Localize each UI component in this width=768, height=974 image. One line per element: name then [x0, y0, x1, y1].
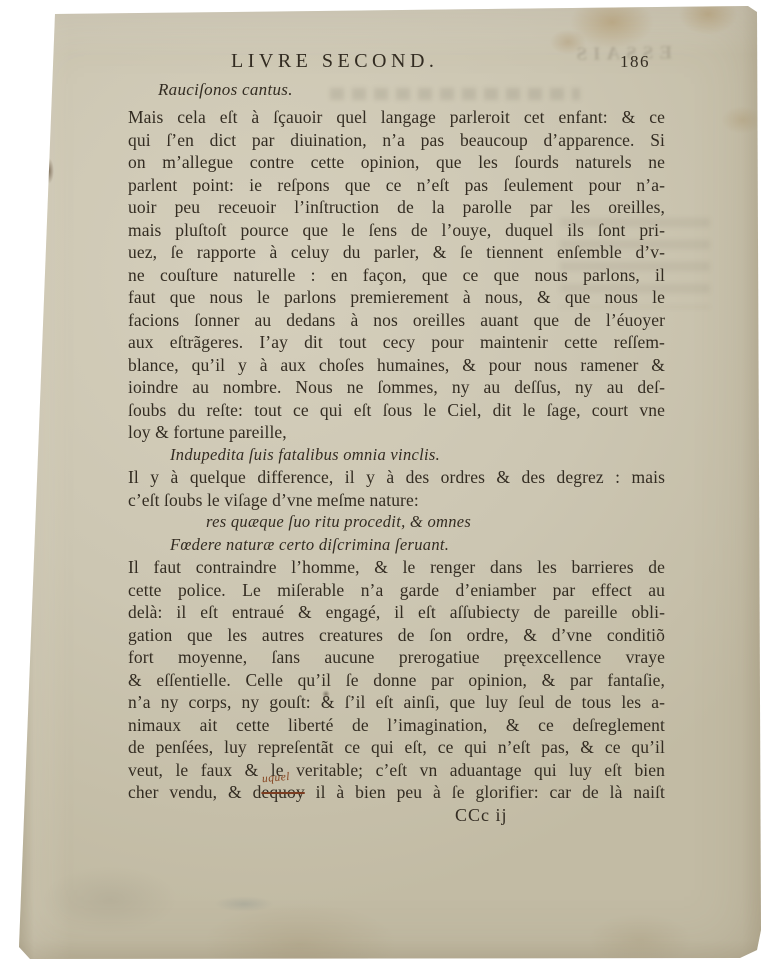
- text-line: nimaux ait cette liberté de l’imaginatio…: [128, 714, 665, 737]
- text-line: on m’allegue contre cette opinion, que l…: [128, 151, 665, 174]
- text-line: Il faut contraindre l’homme, & le renger…: [128, 556, 665, 579]
- text-line: cette police. Le miſerable n’a garde d’e…: [128, 579, 665, 602]
- latin-quote-line: Fœdere naturæ certo diſcrimina ſeruant.: [128, 534, 665, 557]
- text-line: n’a ny corps, ny gouſt: & ſ’il eſt ainſi…: [128, 691, 665, 714]
- text-line: loy & fortune pareille,: [128, 421, 665, 444]
- text-line: uoir peu receuoir l’inſtruction de la pa…: [128, 196, 665, 219]
- handwritten-correction: uquel: [262, 772, 291, 785]
- text-line: c’eſt ſoubs le viſage d’vne meſme nature…: [128, 489, 665, 512]
- running-title: LIVRE SECOND.: [231, 50, 438, 73]
- text-line: parlent point: ie reſpons que ce n’eſt p…: [128, 174, 665, 197]
- text-flow: Mais cela eſt à ſçauoir quel langage par…: [128, 106, 665, 827]
- page-number: 186: [620, 52, 650, 72]
- text-line: delà: il eſt entraué & engagé, il eſt aſ…: [128, 601, 665, 624]
- text-line: Mais cela eſt à ſçauoir quel langage par…: [128, 106, 665, 129]
- text-line: Il y à quelque difference, il y à des or…: [128, 466, 665, 489]
- latin-quote-line: Indupedita ſuis fatalibus omnia vinclis.: [128, 444, 665, 467]
- text-line: & eſſentielle. Celle qu’il ſe donne par …: [128, 669, 665, 692]
- text-line: uez, ſe rapporte à celuy du parler, & ſe…: [128, 241, 665, 264]
- latin-quote-line: res quæque ſuo ritu procedit, & omnes: [128, 511, 665, 534]
- text-segment: cher vendu, & d: [128, 782, 261, 802]
- text-line: fort moyenne, ſans aucune prerogatiue pr…: [128, 646, 665, 669]
- text-line: mais pluſtoſt pource que le ſens de l’ou…: [128, 219, 665, 242]
- text-segment: il à bien peu à ſe glorifier: car de là …: [305, 782, 665, 802]
- smudge-stain: [214, 896, 274, 912]
- text-line: ne couſture naturelle : en façon, que ce…: [128, 264, 665, 287]
- signature-mark: CCc ij: [128, 804, 665, 827]
- text-line: qui ſ’en dict par diuination, n’a pas be…: [128, 129, 665, 152]
- text-line: gation que les autres creatures de ſon o…: [128, 624, 665, 647]
- text-line: facions ſonner au dedans à nos oreilles …: [128, 309, 665, 332]
- text-line: veut, le faux & le veritable; c’eſt vn a…: [128, 759, 665, 782]
- struck-word: equoyuquel: [261, 782, 304, 802]
- text-line: ioindre au nombre. Nous ne ſommes, ny au…: [128, 376, 665, 399]
- text-line: blance, qu’il y à aux choſes humaines, &…: [128, 354, 665, 377]
- ink-stain: [44, 158, 54, 184]
- text-line: ſoubs du reſte: tout ce qui eſt ſous le …: [128, 399, 665, 422]
- margin-heading: Rauciſonos cantus.: [158, 80, 293, 100]
- text-line: de penſées, luy repreſentãt ce qui eſt, …: [128, 736, 665, 759]
- text-line: faut que nous le parlons premierement à …: [128, 286, 665, 309]
- text-line: aux eſtrãgeres. I’ay dit tout cecy pour …: [128, 331, 665, 354]
- book-page: ESSAIS LIVRE SECOND. 186 Rauciſonos cant…: [0, 0, 768, 974]
- show-through-smudge: [330, 88, 580, 100]
- text-line: cher vendu, & dequoyuquel il à bien peu …: [128, 781, 665, 804]
